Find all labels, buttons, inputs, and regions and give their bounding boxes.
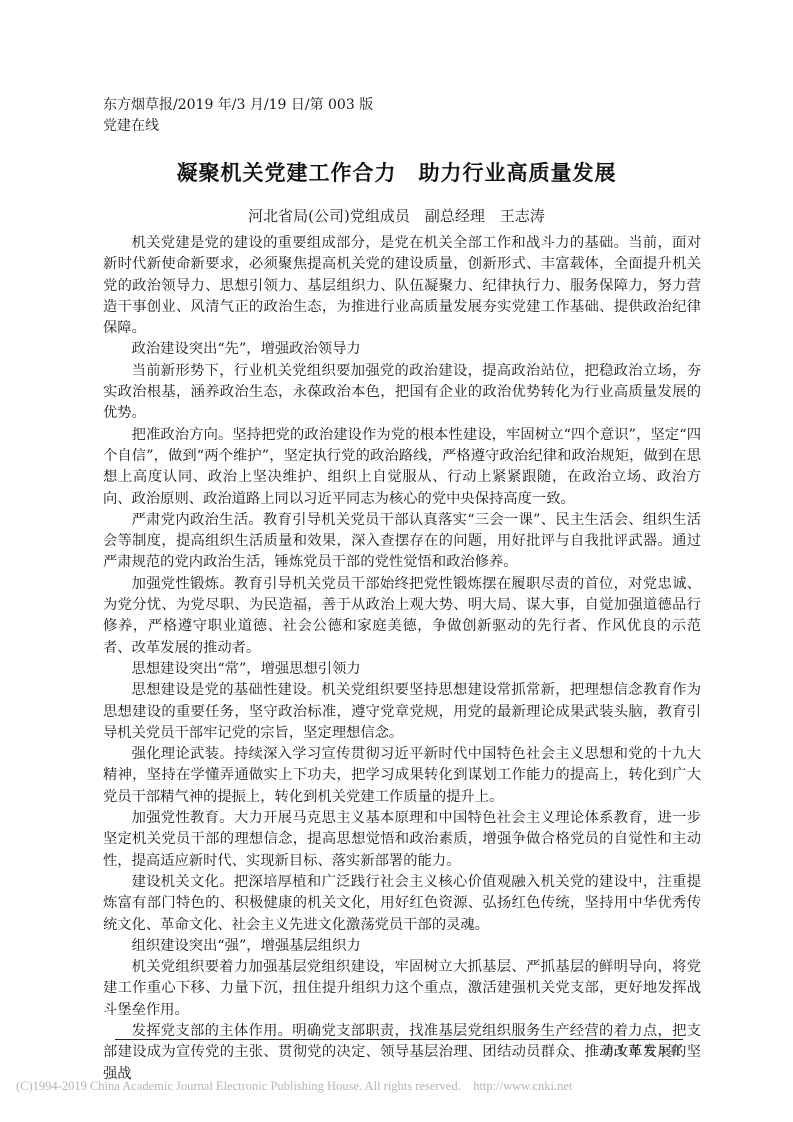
paragraph: 机关党组织要着力加强基层党组织建设，牢固树立大抓基层、严抓基层的鲜明导向，将党建… [103, 957, 701, 1021]
paragraph: 思想建设是党的基础性建设。机关党组织要坚持思想建设常抓常新，把理想信念教育作为思… [103, 680, 701, 744]
section-heading: 思想建设突出“常”，增强思想引领力 [103, 659, 701, 680]
article-title: 凝聚机关党建工作合力 助力行业高质量发展 [0, 157, 793, 187]
footer-divider [115, 1039, 683, 1040]
section-heading: 组织建设突出“强”，增强基层组织力 [103, 936, 701, 957]
section-heading: 政治建设突出“先”，增强政治领导力 [103, 339, 701, 360]
paragraph: 强化理论武装。持续深入学习宣传贯彻习近平新时代中国特色社会主义思想和党的十九大精… [103, 744, 701, 808]
paragraph: 机关党建是党的建设的重要组成部分，是党在机关全部工作和战斗力的基础。当前，面对新… [103, 233, 701, 339]
paragraph: 当前新形势下，行业机关党组织要加强党的政治建设，提高政治站位，把稳政治立场，夯实… [103, 361, 701, 425]
copyright-notice: (C)1994-2019 China Academic Journal Elec… [16, 1079, 572, 1094]
paragraph: 把准政治方向。坚持把党的政治建设作为党的根本性建设，牢固树立“四个意识”，坚定“… [103, 425, 701, 510]
paragraph: 加强党性锻炼。教育引导机关党员干部始终把党性锻炼摆在履职尽责的首位，对党忠诚、为… [103, 574, 701, 659]
page-indicator: 第 1 页 共 3 页 [602, 1042, 681, 1058]
paragraph: 严肃党内政治生活。教育引导机关党员干部认真落实“三会一课”、民主生活会、组织生活… [103, 510, 701, 574]
source-line: 东方烟草报/2019 年/3 月/19 日/第 003 版 [103, 95, 373, 116]
column-name: 党建在线 [103, 116, 159, 137]
paragraph: 建设机关文化。把深培厚植和广泛践行社会主义核心价值观融入机关党的建设中，注重提炼… [103, 872, 701, 936]
article-body: 机关党建是党的建设的重要组成部分，是党在机关全部工作和战斗力的基础。当前，面对新… [103, 233, 701, 1085]
article-byline: 河北省局(公司)党组成员 副总经理 王志涛 [0, 205, 793, 226]
paragraph: 加强党性教育。大力开展马克思主义基本原理和中国特色社会主义理论体系教育，进一步坚… [103, 808, 701, 872]
